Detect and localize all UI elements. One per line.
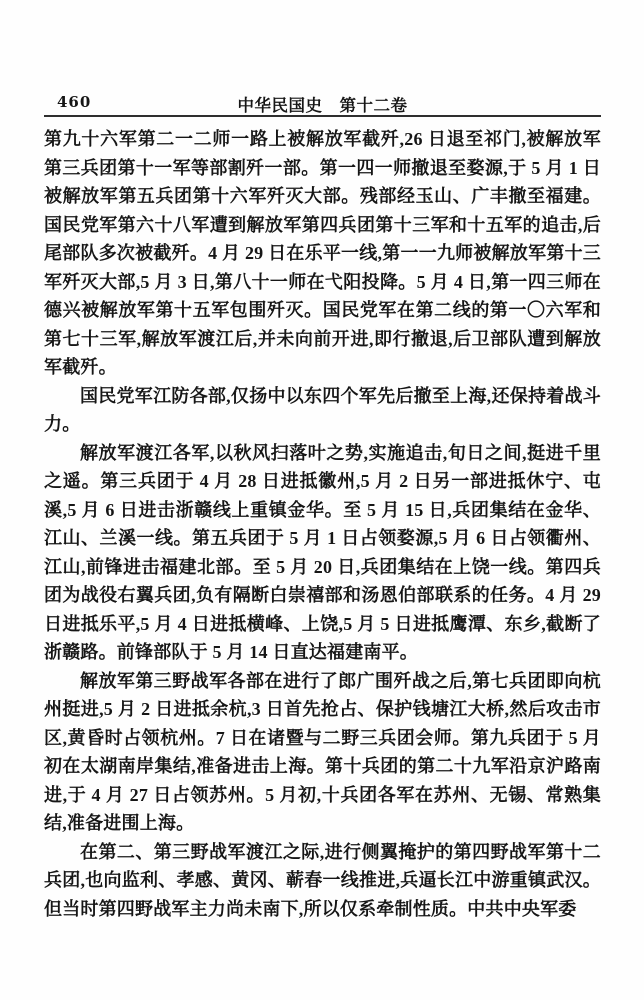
- paragraph: 第九十六军第二一二师一路上被解放军截歼,26 日退至祁门,被解放军第三兵团第十一…: [44, 125, 601, 382]
- paragraph: 在第二、第三野战军渡江之际,进行侧翼掩护的第四野战军第十二兵团,也向监利、孝感、…: [44, 838, 601, 924]
- page-number: 460: [57, 93, 91, 111]
- running-head: 460 中华民国史 第十二卷: [44, 90, 601, 117]
- body-text: 第九十六军第二一二师一路上被解放军截歼,26 日退至祁门,被解放军第三兵团第十一…: [44, 125, 601, 923]
- paragraph: 解放军渡江各军,以秋风扫落叶之势,实施追击,旬日之间,挺进千里之遥。第三兵团于 …: [44, 439, 601, 667]
- paragraph: 解放军第三野战军各部在进行了郎广围歼战之后,第七兵团即向杭州挺进,5 月 2 日…: [44, 667, 601, 838]
- paragraph: 国民党军江防各部,仅扬中以东四个军先后撤至上海,还保持着战斗力。: [44, 382, 601, 439]
- book-page: 460 中华民国史 第十二卷 第九十六军第二一二师一路上被解放军截歼,26 日退…: [0, 0, 644, 1000]
- book-title: 中华民国史 第十二卷: [44, 90, 601, 116]
